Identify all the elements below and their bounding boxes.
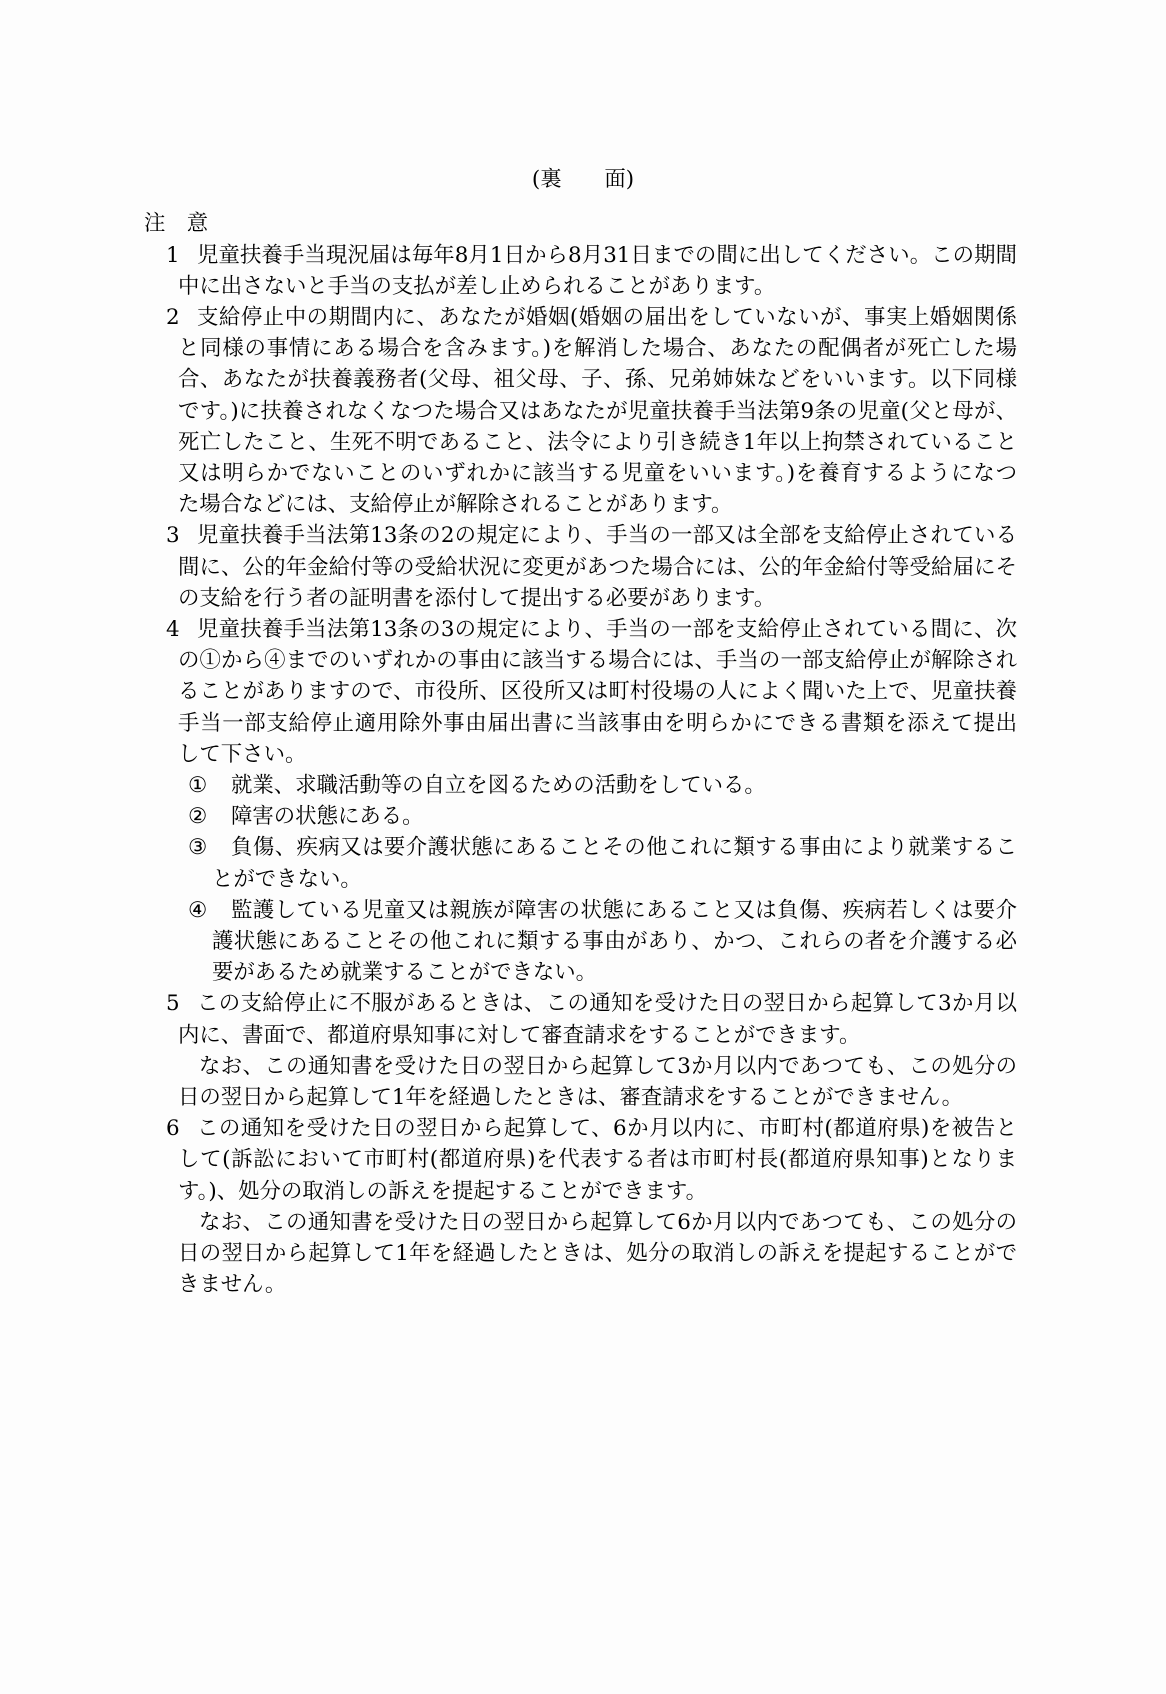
subitem-text-line: 要があるため就業することができない。 (212, 957, 1017, 988)
item-text-line: 間に、公的年金給付等の受給状況に変更があつた場合には、公的年金給付等受給届にそ (178, 552, 1017, 583)
item-text-line: と同様の事情にある場合を含みます。)を解消した場合、あなたの配偶者が死亡した場 (178, 333, 1017, 364)
item-number: 6 (166, 1113, 180, 1144)
subitem-marker: ① (188, 770, 207, 801)
subitem-marker: ③ (188, 832, 207, 863)
item-text-line: 合、あなたが扶養義務者(父母、祖父母、子、孫、兄弟姉妹などをいいます。以下同様 (178, 364, 1017, 395)
subitem-text-line: 監護している児童又は親族が障害の状態にあること又は負傷、疾病若しくは要介 (231, 895, 1017, 926)
item-number: 2 (166, 302, 180, 333)
subitem-text-line: 障害の状態にある。 (231, 801, 1017, 832)
item-number: 3 (166, 520, 180, 551)
item-text-line: の支給を行う者の証明書を添付して提出する必要があります。 (178, 583, 1017, 614)
item-text-line: 手当一部支給停止適用除外事由届出書に当該事由を明らかにできる書類を添えて提出 (178, 708, 1017, 739)
item-note-line: なお、この通知書を受けた日の翌日から起算して3か月以内であつても、この処分の (199, 1051, 1017, 1082)
item-text-line: 中に出さないと手当の支払が差し止められることがあります。 (178, 271, 1017, 302)
item-text-line: 児童扶養手当法第13条の2の規定により、手当の一部又は全部を支給停止されている (197, 520, 1017, 551)
item-text-line: して下さい。 (178, 739, 1017, 770)
page-title: (裏 面) (0, 164, 1166, 195)
item-text-line: この通知を受けた日の翌日から起算して、6か月以内に、市町村(都道府県)を被告と (197, 1113, 1017, 1144)
item-text-line: 又は明らかでないことのいずれかに該当する児童をいいます。)を養育するようになつ (178, 458, 1017, 489)
subitem-marker: ④ (188, 895, 207, 926)
item-number: 1 (166, 240, 180, 271)
subitem-text-line: 負傷、疾病又は要介護状態にあることその他これに類する事由により就業するこ (231, 832, 1017, 863)
item-number: 5 (166, 988, 180, 1019)
item-text-line: ることがありますので、市役所、区役所又は町村役場の人によく聞いた上で、児童扶養 (178, 676, 1017, 707)
item-text-line: 児童扶養手当現況届は毎年8月1日から8月31日までの間に出してください。この期間 (197, 240, 1017, 271)
item-note-line: きません。 (178, 1269, 1017, 1300)
item-text-line: 死亡したこと、生死不明であること、法令により引き続き1年以上拘禁されていること (178, 427, 1017, 458)
subitem-text-line: 就業、求職活動等の自立を図るための活動をしている。 (231, 770, 1017, 801)
item-text-line: して(訴訟において市町村(都道府県)を代表する者は市町村長(都道府県知事)となり… (178, 1144, 1017, 1175)
subitem-marker: ② (188, 801, 207, 832)
document-page: (裏 面) 注 意 1 児童扶養手当現況届は毎年8月1日から8月31日までの間に… (0, 0, 1166, 1694)
item-note-line: なお、この通知書を受けた日の翌日から起算して6か月以内であつても、この処分の (199, 1207, 1017, 1238)
subitem-text-line: 護状態にあることその他これに類する事由があり、かつ、これらの者を介護する必 (212, 926, 1017, 957)
item-text-line: です。)に扶養されなくなつた場合又はあなたが児童扶養手当法第9条の児童(父と母が… (178, 396, 1017, 427)
item-text-line: 児童扶養手当法第13条の3の規定により、手当の一部を支給停止されている間に、次 (197, 614, 1017, 645)
item-text-line: 支給停止中の期間内に、あなたが婚姻(婚姻の届出をしていないが、事実上婚姻関係 (197, 302, 1017, 333)
item-text-line: この支給停止に不服があるときは、この通知を受けた日の翌日から起算して3か月以 (197, 988, 1017, 1019)
item-text-line: の①から④までのいずれかの事由に該当する場合には、手当の一部支給停止が解除され (178, 645, 1017, 676)
item-note-line: 日の翌日から起算して1年を経過したときは、処分の取消しの訴えを提起することがで (178, 1238, 1017, 1269)
subitem-text-line: とができない。 (212, 864, 1017, 895)
notes-heading: 注 意 (144, 208, 208, 239)
item-text-line: 内に、書面で、都道府県知事に対して審査請求をすることができます。 (178, 1020, 1017, 1051)
item-text-line: た場合などには、支給停止が解除されることがあります。 (178, 489, 1017, 520)
item-number: 4 (166, 614, 180, 645)
item-note-line: 日の翌日から起算して1年を経過したときは、審査請求をすることができません。 (178, 1082, 1017, 1113)
item-text-line: す。)、処分の取消しの訴えを提起することができます。 (178, 1176, 1017, 1207)
